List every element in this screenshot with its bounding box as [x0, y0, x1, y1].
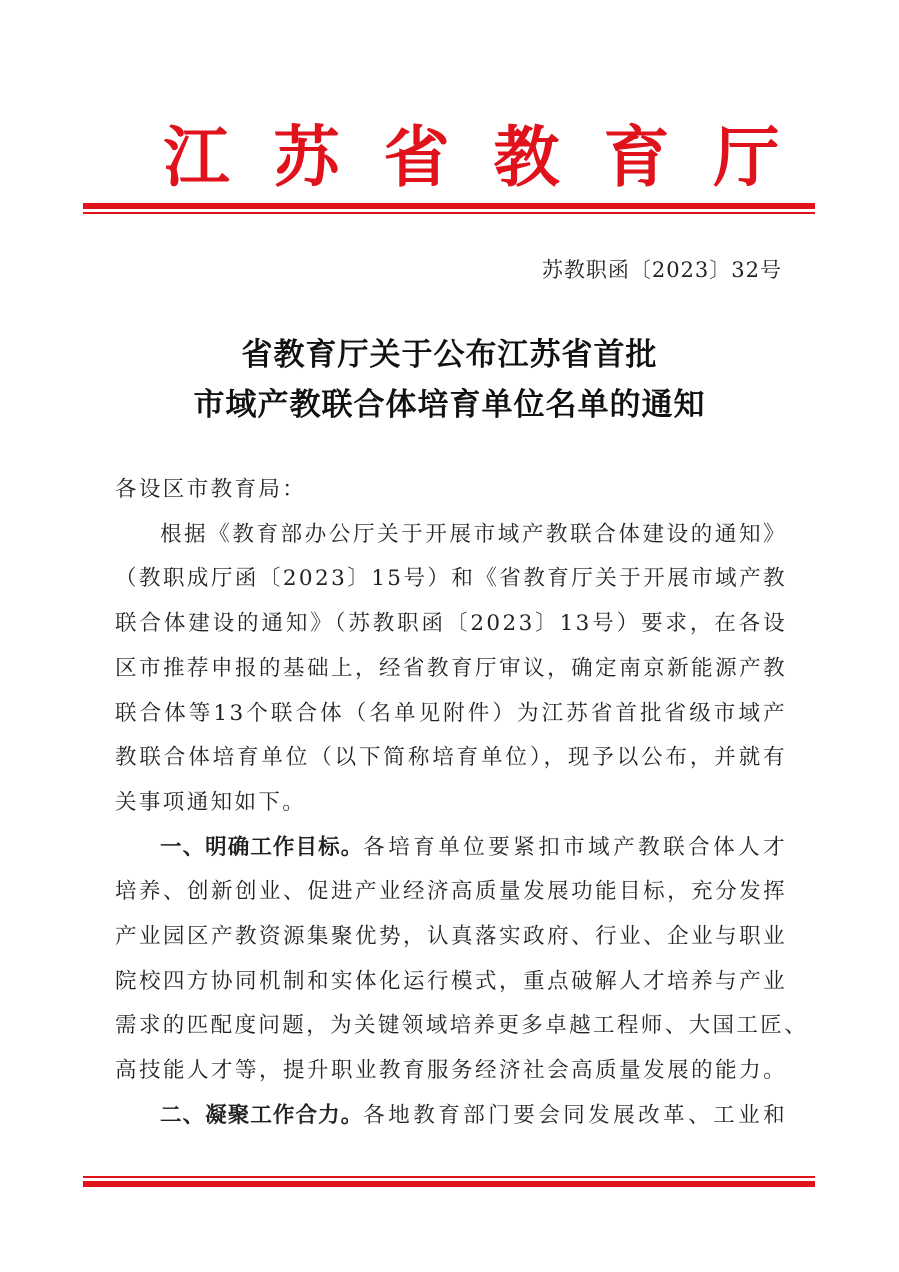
header-rule-thick: [83, 203, 815, 209]
title-line-1: 省教育厅关于公布江苏省首批: [0, 330, 899, 380]
section-2-heading: 二、凝聚工作合力。: [160, 1103, 363, 1128]
masthead-title: 江苏省教育厅: [0, 112, 899, 202]
title-line-2: 市域产教联合体培育单位名单的通知: [0, 380, 899, 430]
section-1-heading: 一、明确工作目标。: [160, 835, 363, 860]
body-line: 联合体建设的通知》（苏教职函〔2023〕13号）要求，在各设: [115, 602, 787, 647]
section-1-text: 各培育单位要紧扣市域产教联合体人才: [363, 835, 787, 860]
header-rule-thin: [83, 212, 815, 214]
body-line: 院校四方协同机制和实体化运行模式，重点破解人才培养与产业: [115, 960, 787, 1005]
body-line: （教职成厅函〔2023〕15号）和《省教育厅关于开展市域产教: [115, 557, 787, 602]
body-line: 培养、创新创业、促进产业经济高质量发展功能目标，充分发挥: [115, 870, 787, 915]
document-title: 省教育厅关于公布江苏省首批 市域产教联合体培育单位名单的通知: [0, 330, 899, 430]
body-line: 联合体等13个联合体（名单见附件）为江苏省首批省级市域产: [115, 692, 787, 737]
body-line: 区市推荐申报的基础上，经省教育厅审议，确定南京新能源产教: [115, 647, 787, 692]
salutation: 各设区市教育局：: [115, 468, 787, 513]
body-line: 产业园区产教资源集聚优势，认真落实政府、行业、企业与职业: [115, 915, 787, 960]
section-2-first-line: 二、凝聚工作合力。各地教育部门要会同发展改革、工业和: [115, 1094, 787, 1139]
document-body: 各设区市教育局： 根据《教育部办公厅关于开展市域产教联合体建设的通知》 （教职成…: [115, 468, 787, 1139]
body-line: 高技能人才等，提升职业教育服务经济社会高质量发展的能力。: [115, 1049, 787, 1094]
section-2-text: 各地教育部门要会同发展改革、工业和: [363, 1103, 787, 1128]
body-line: 根据《教育部办公厅关于开展市域产教联合体建设的通知》: [115, 513, 787, 558]
body-line: 需求的匹配度问题，为关键领域培养更多卓越工程师、大国工匠、: [115, 1004, 787, 1049]
body-line: 教联合体培育单位（以下简称培育单位），现予以公布，并就有: [115, 736, 787, 781]
section-1-first-line: 一、明确工作目标。各培育单位要紧扣市域产教联合体人才: [115, 826, 787, 871]
document-number: 苏教职函〔2023〕32号: [0, 254, 782, 284]
footer-rule-thin: [83, 1176, 815, 1178]
body-line: 关事项通知如下。: [115, 781, 787, 826]
footer-rule-thick: [83, 1181, 815, 1187]
